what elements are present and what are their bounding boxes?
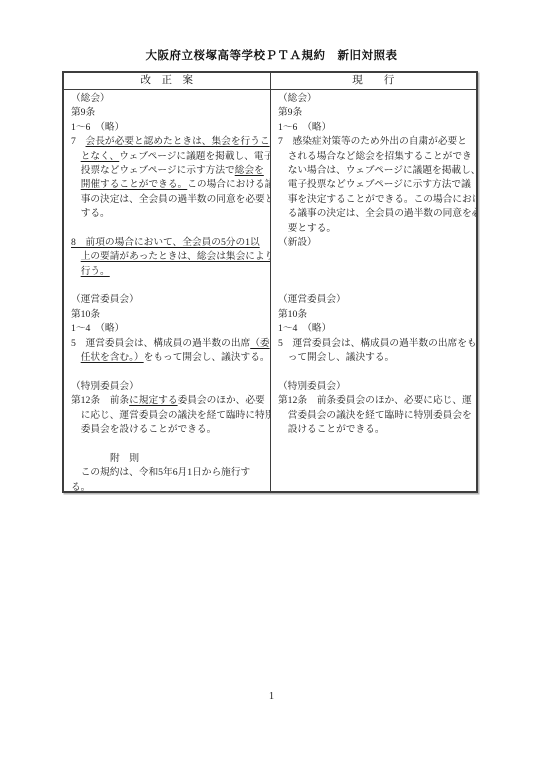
text-line [71,222,265,236]
text-line: 上の要請があったときは、総会は集会により [71,250,265,264]
text-line: （特別委員会） [71,380,265,394]
text-line: 任状を含む。）をもって開会し、議決する。 [71,351,265,365]
text-line: 営委員会の議決を経て臨時に特別委員会を [278,409,471,423]
text-line: （特別委員会） [278,380,471,394]
text-line: 事の決定は、全会員の過半数の同意を必要と [71,193,265,207]
page-number: 1 [0,691,543,702]
comparison-table: 改 正 案 現 行 （総会）第9条1～6 （略）7 会長が必要と認めたときは、集… [62,71,478,493]
text-line: 5 運営委員会は、構成員の過半数の出席（委 [71,337,265,351]
document-title: 大阪府立桜塚高等学校ＰＴＡ規約 新旧対照表 [0,47,543,63]
text-line [278,265,471,279]
current-column-cell: （総会）第9条1～6 （略）7 感染症対策等のため外出の自粛が必要とされる場合な… [270,90,476,491]
text-line: 1～6 （略） [71,121,265,135]
text-line: 設けることができる。 [278,423,471,437]
text-line: される場合など総会を招集することができ [278,150,471,164]
text-line: に応じ、運営委員会の議決を経て臨時に特別 [71,409,265,423]
text-line: 7 会長が必要と認めたときは、集会を行うこ [71,135,265,149]
text-line: 5 運営委員会は、構成員の過半数の出席をも [278,337,471,351]
text-line [278,279,471,293]
text-line: って開会し、議決する。 [278,351,471,365]
text-line: （運営委員会） [71,293,265,307]
text-line: 要とする。 [278,222,471,236]
text-line: 委員会を設けることができる。 [71,423,265,437]
text-line: 開催することができる。この場合における議 [71,178,265,192]
text-line: （総会） [71,92,265,106]
text-line [71,279,265,293]
text-line: この規約は、令和5年6月1日から施行す [71,466,265,480]
text-line: 第9条 [278,106,471,120]
text-line [71,365,265,379]
text-line: 事を決定することができる。この場合におけ [278,193,471,207]
text-line [71,437,265,451]
text-line: 第12条 前条委員会のほか、必要に応じ、運 [278,394,471,408]
text-line: （総会） [278,92,471,106]
column-header-current: 現 行 [270,73,477,89]
column-header-amendment: 改 正 案 [64,73,270,89]
text-line: 電子投票などウェブページに示す方法で議 [278,178,471,192]
text-line: 投票などウェブページに示す方法で総会を [71,164,265,178]
text-line: 1～6 （略） [278,121,471,135]
text-line: 附 則 [71,452,265,466]
text-line: ない場合は、ウェブページに議題を掲載し、 [278,164,471,178]
amendment-column-cell: （総会）第9条1～6 （略）7 会長が必要と認めたときは、集会を行うことなく、ウ… [64,90,270,491]
text-line: 行う。 [71,265,265,279]
text-line: となく、ウェブページに議題を掲載し、電子 [71,150,265,164]
text-line: 1～4 （略） [278,322,471,336]
text-line: 1～4 （略） [71,322,265,336]
text-line: 8 前項の場合において、全会員の5分の1以 [71,236,265,250]
text-line [278,365,471,379]
text-line: 7 感染症対策等のため外出の自粛が必要と [278,135,471,149]
table-body: （総会）第9条1～6 （略）7 会長が必要と認めたときは、集会を行うことなく、ウ… [64,90,476,491]
text-line [278,250,471,264]
text-line: （新設） [278,236,471,250]
text-line: る。 [71,481,265,491]
text-line: （運営委員会） [278,293,471,307]
text-line: 第10条 [278,308,471,322]
text-line: 第9条 [71,106,265,120]
table-header-row: 改 正 案 現 行 [64,73,476,90]
text-line: 第12条 前条に規定する委員会のほか、必要 [71,394,265,408]
text-line: る議事の決定は、全会員の過半数の同意を必 [278,207,471,221]
text-line: する。 [71,207,265,221]
text-line: 第10条 [71,308,265,322]
